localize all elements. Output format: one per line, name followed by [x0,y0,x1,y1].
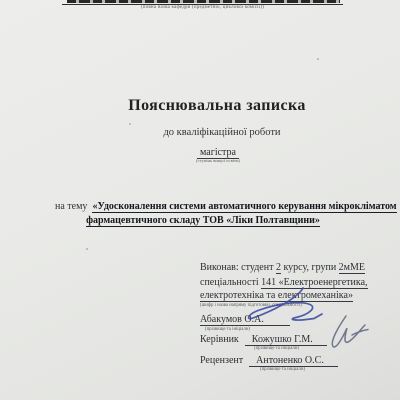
executor-name-caption: (прізвище та ініціали) [205,326,396,333]
executor-name-line: Абакумов О.А. [200,313,396,326]
specialty-code: 141 «Електроенергетика, [261,277,367,289]
paper-speck [86,248,88,250]
topic-prefix: на тему [55,201,87,212]
paper-speck [129,123,131,125]
scanned-title-page: (повна назва кафедри (предметної, циклов… [0,0,400,400]
supervisor-label: Керівник [200,334,239,345]
topic-line-2: фармацевтичного складу ТОВ «Ліки Полтавщ… [3,215,400,226]
reviewer-caption: (прізвище та ініціали) [260,367,396,373]
page-title: Пояснювальна записка [34,97,400,115]
department-caption: (повна назва кафедри (предметної, циклов… [62,5,343,10]
page-subtitle: до кваліфікаційної роботи [44,127,400,138]
topic-line-1: на тему«Удосконалення системи автоматичн… [55,201,395,212]
executor-line-3: електротехніка та електромеханіка» [200,290,396,302]
degree-line: магістра [36,147,400,158]
reviewer-name: Антоненко О.С. [249,355,338,367]
supervisor-caption: (прізвище та ініціали) [254,346,396,352]
cropped-text-remnant [67,0,340,3]
executor-line-1-text: Виконав: студент [200,262,276,273]
executor-line-2: спеціальності 141 «Електроенергетика, [200,275,396,290]
executor-block: Виконав: студент 2 курсу, групи 2мМЕ спе… [200,260,396,373]
executor-name: Абакумов О.А. [200,314,290,326]
group-code: 2мМЕ [339,262,365,274]
specialty-caption: (шифр і назва напряму підготовки, спеціа… [200,302,396,309]
specialty-label: спеціальності [200,277,261,288]
paper-speck [317,58,319,60]
supervisor-row: КерівникКожушко Г.М. [200,334,396,346]
executor-line-1-text2: курсу, групи [281,262,339,273]
specialty-name: електротехніка та електромеханіка» [200,290,353,302]
reviewer-row: РецензентАнтоненко О.С. [200,355,396,367]
reviewer-label: Рецензент [200,355,243,366]
topic-text-1: «Удосконалення системи автоматичного кер… [92,201,396,213]
degree-caption: (ступінь вищої освіти) [36,158,400,163]
executor-line-1: Виконав: студент 2 курсу, групи 2мМЕ [200,260,396,275]
supervisor-name: Кожушко Г.М. [245,334,327,346]
topic-text-2: фармацевтичного складу ТОВ «Ліки Полтавщ… [86,215,320,227]
